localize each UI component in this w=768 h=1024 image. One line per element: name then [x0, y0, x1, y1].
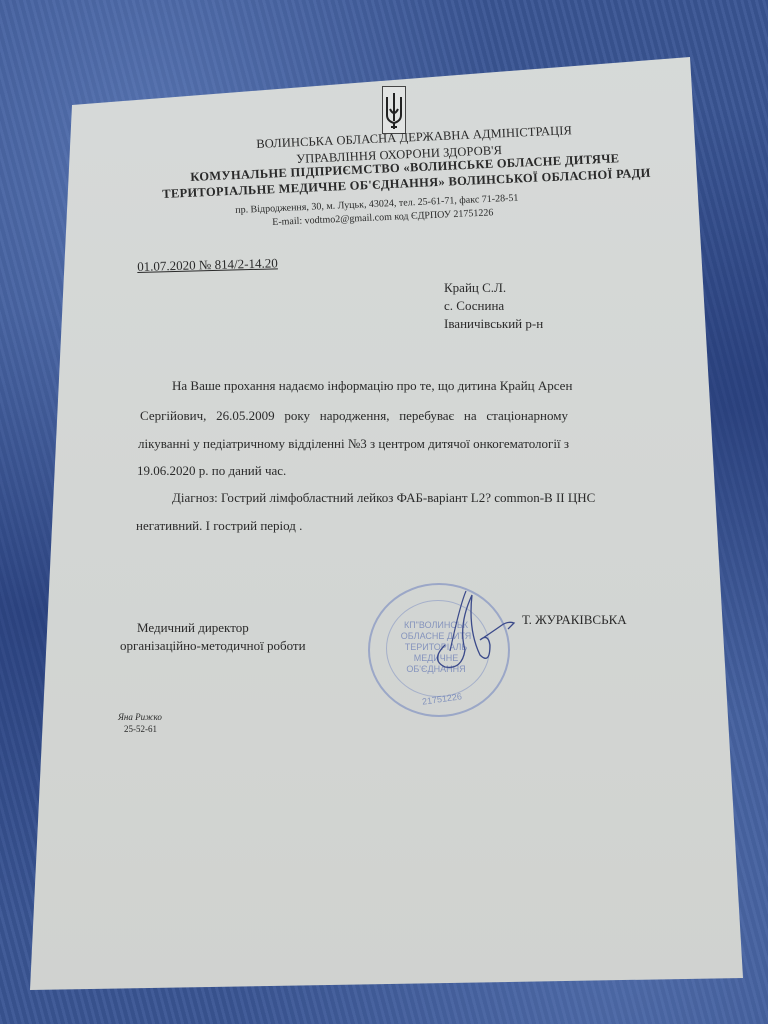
diagnosis-line-2: негативний. І гострий період .	[136, 518, 302, 534]
handwritten-signature	[410, 585, 520, 675]
body-paragraph-1-line-4: 19.06.2020 р. по даний час.	[137, 463, 286, 479]
body-paragraph-1-line-2: Сергійович, 26.05.2009 року народження, …	[140, 408, 568, 424]
executor-name: Яна Рижко	[118, 712, 162, 722]
body-paragraph-1-line-1: На Ваше прохання надаємо інформацію про …	[172, 378, 572, 394]
body-paragraph-1-line-3: лікуванні у педіатричному відділенні №3 …	[138, 436, 569, 452]
signer-name: Т. ЖУРАКІВСЬКА	[522, 612, 627, 628]
letter: ВОЛИНСЬКА ОБЛАСНА ДЕРЖАВНА АДМІНІСТРАЦІЯ…	[0, 0, 768, 1024]
recipient-village: с. Соснина	[444, 298, 504, 314]
executor-phone: 25-52-61	[124, 724, 157, 734]
reference-number: 01.07.2020 № 814/2-14.20	[137, 255, 278, 275]
recipient-district: Іваничівський р-н	[444, 316, 543, 332]
ukraine-trident-icon	[382, 86, 406, 134]
signer-title-line-1: Медичний директор	[137, 620, 249, 636]
diagnosis-line-1: Діагноз: Гострий лімфобластний лейкоз ФА…	[172, 490, 595, 506]
signer-title-line-2: організаційно-методичної роботи	[120, 638, 306, 654]
recipient-name: Крайц С.Л.	[444, 280, 506, 296]
